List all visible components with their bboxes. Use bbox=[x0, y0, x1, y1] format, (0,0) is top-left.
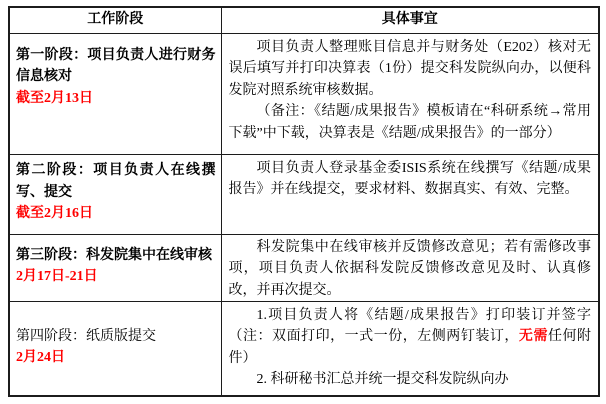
red-emphasis-text: 无需 bbox=[519, 329, 548, 344]
schedule-table: 工作阶段 具体事宜 第一阶段：项目负责人进行财务信息核对截至2月13日项目负责人… bbox=[8, 6, 600, 397]
phase-cell: 第四阶段：纸质版提交2月24日 bbox=[9, 301, 221, 396]
details-cell: 项目负责人登录基金委ISIS系统在线撰写《结题/成果报告》并在线提交，要求材料、… bbox=[221, 154, 599, 234]
document-page: 工作阶段 具体事宜 第一阶段：项目负责人进行财务信息核对截至2月13日项目负责人… bbox=[0, 6, 606, 404]
details-cell-content: 科发院集中在线审核并反馈修改意见；若有需修改事项，项目负责人依据科发院反馈修改意… bbox=[222, 235, 599, 298]
details-cell: 科发院集中在线审核并反馈修改意见；若有需修改事项，项目负责人依据科发院反馈修改意… bbox=[221, 234, 599, 301]
phase-deadline: 2月17日-21日 bbox=[16, 266, 216, 288]
table-row: 第一阶段：项目负责人进行财务信息核对截至2月13日项目负责人整理账目信息并与财务… bbox=[9, 33, 599, 154]
detail-paragraph: 项目负责人整理账目信息并与财务处（E202）核对无误后填写并打印决算表（1份）提… bbox=[229, 37, 592, 102]
detail-paragraph: 2. 科研秘书汇总并统一提交科发院纵向办 bbox=[229, 369, 592, 391]
table-row: 第三阶段：科发院集中在线审核2月17日-21日科发院集中在线审核并反馈修改意见；… bbox=[9, 234, 599, 301]
table-row: 第二阶段：项目负责人在线撰写、提交截至2月16日项目负责人登录基金委ISIS系统… bbox=[9, 154, 599, 234]
details-cell: 项目负责人整理账目信息并与财务处（E202）核对无误后填写并打印决算表（1份）提… bbox=[221, 33, 599, 154]
phase-deadline: 截至2月13日 bbox=[16, 88, 216, 110]
phase-deadline: 截至2月16日 bbox=[16, 203, 216, 225]
detail-paragraph: （备注：《结题/成果报告》模板请在“科研系统→常用下载”中下载，决算表是《结题/… bbox=[229, 101, 592, 144]
header-row: 工作阶段 具体事宜 bbox=[9, 7, 599, 33]
detail-text: 2. 科研秘书汇总并统一提交科发院纵向办 bbox=[257, 372, 509, 387]
phase-cell-content: 第三阶段：科发院集中在线审核2月17日-21日 bbox=[10, 235, 221, 298]
phase-cell-content: 第一阶段：项目负责人进行财务信息核对截至2月13日 bbox=[10, 34, 221, 151]
phase-cell: 第二阶段：项目负责人在线撰写、提交截至2月16日 bbox=[9, 154, 221, 234]
detail-text: 项目负责人登录基金委ISIS系统在线撰写《结题/成果报告》并在线提交，要求材料、… bbox=[229, 161, 592, 198]
detail-paragraph: 项目负责人登录基金委ISIS系统在线撰写《结题/成果报告》并在线提交，要求材料、… bbox=[229, 158, 592, 201]
detail-paragraph: 科发院集中在线审核并反馈修改意见；若有需修改事项，项目负责人依据科发院反馈修改意… bbox=[229, 237, 592, 298]
detail-text: （备注：《结题/成果报告》模板请在“科研系统→常用下载”中下载，决算表是《结题/… bbox=[229, 104, 592, 141]
detail-text: 科发院集中在线审核并反馈修改意见；若有需修改事项，项目负责人依据科发院反馈修改意… bbox=[229, 240, 592, 298]
phase-cell-content: 第二阶段：项目负责人在线撰写、提交截至2月16日 bbox=[10, 155, 221, 231]
details-cell-content: 1.项目负责人将《结题/成果报告》打印装订并签字（注：双面打印，一式一份，左侧两… bbox=[222, 302, 599, 393]
header-work-phase: 工作阶段 bbox=[9, 7, 221, 33]
details-cell: 1.项目负责人将《结题/成果报告》打印装订并签字（注：双面打印，一式一份，左侧两… bbox=[221, 301, 599, 396]
phase-title: 第三阶段：科发院集中在线审核 bbox=[16, 245, 216, 267]
phase-title: 第一阶段：项目负责人进行财务信息核对 bbox=[16, 45, 216, 88]
table-body: 第一阶段：项目负责人进行财务信息核对截至2月13日项目负责人整理账目信息并与财务… bbox=[9, 33, 599, 396]
phase-cell: 第一阶段：项目负责人进行财务信息核对截至2月13日 bbox=[9, 33, 221, 154]
phase-cell-content: 第四阶段：纸质版提交2月24日 bbox=[10, 302, 221, 393]
details-cell-content: 项目负责人登录基金委ISIS系统在线撰写《结题/成果报告》并在线提交，要求材料、… bbox=[222, 155, 599, 231]
table-row: 第四阶段：纸质版提交2月24日1.项目负责人将《结题/成果报告》打印装订并签字（… bbox=[9, 301, 599, 396]
phase-title: 第四阶段：纸质版提交 bbox=[16, 326, 216, 348]
phase-cell: 第三阶段：科发院集中在线审核2月17日-21日 bbox=[9, 234, 221, 301]
detail-text: 项目负责人整理账目信息并与财务处（E202）核对无误后填写并打印决算表（1份）提… bbox=[229, 40, 592, 98]
detail-paragraph: 1.项目负责人将《结题/成果报告》打印装订并签字（注：双面打印，一式一份，左侧两… bbox=[229, 305, 592, 370]
details-cell-content: 项目负责人整理账目信息并与财务处（E202）核对无误后填写并打印决算表（1份）提… bbox=[222, 34, 599, 151]
header-specific-matters: 具体事宜 bbox=[221, 7, 599, 33]
phase-title: 第二阶段：项目负责人在线撰写、提交 bbox=[16, 160, 216, 203]
phase-deadline: 2月24日 bbox=[16, 347, 216, 369]
